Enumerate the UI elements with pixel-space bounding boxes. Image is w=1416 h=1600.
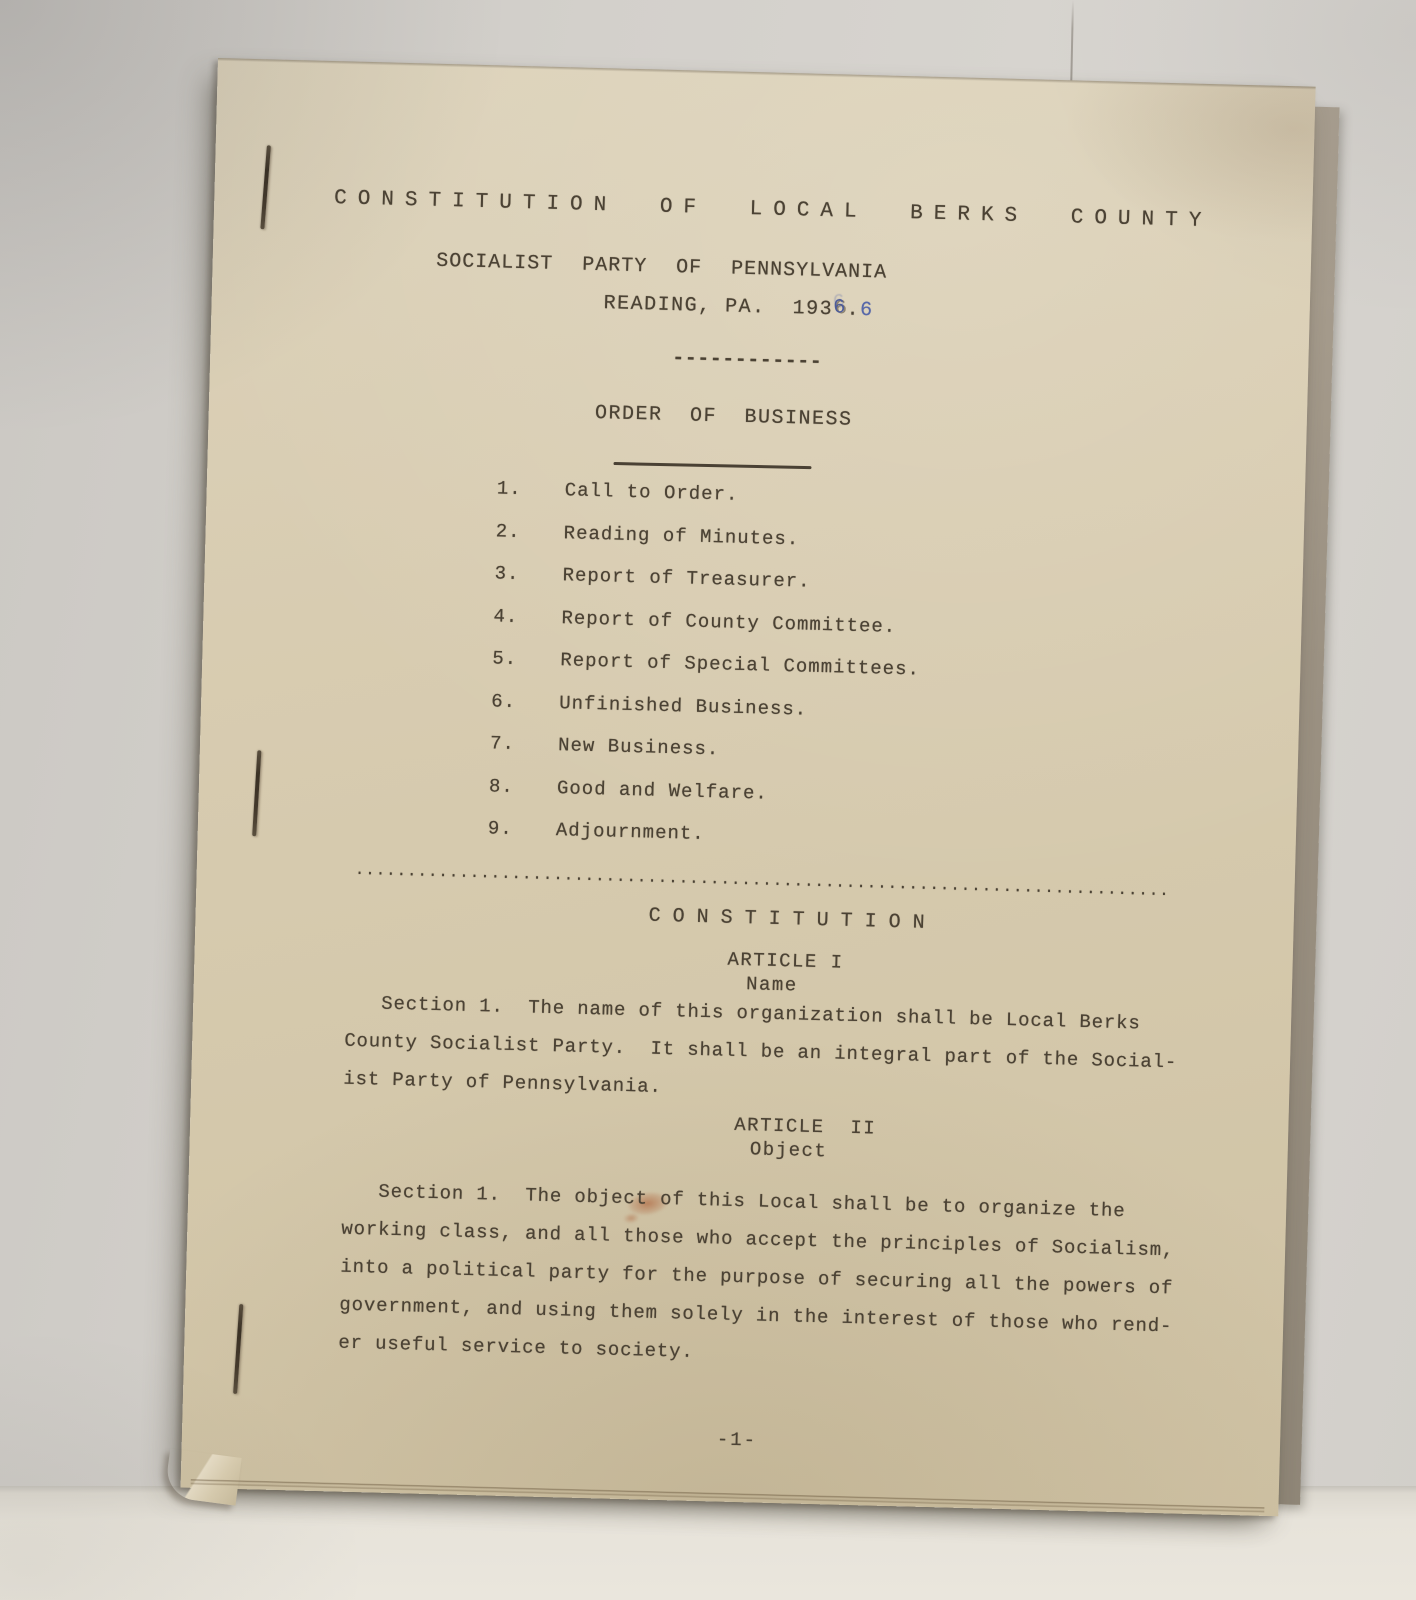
date-typed: READING, PA. 193 [603,292,833,321]
staple-bottom [233,1304,243,1394]
item-number: 8. [489,775,558,799]
document-title-line1: CONSTITUTION OF LOCAL BERKS COUNTY [224,184,1322,236]
heading-underline [613,462,811,469]
article-1-body: Section 1. The name of this organization… [343,984,1179,1120]
dash-divider: ------------ [198,335,1296,387]
item-number: 4. [493,605,562,629]
item-number: 7. [490,732,559,756]
item-number: 6. [491,690,560,714]
item-number: 2. [495,520,564,544]
item-text: New Business. [558,734,720,760]
article-2-body: Section 1. The object of this Local shal… [338,1172,1176,1384]
order-of-business-heading: ORDER OF BUSINESS [175,391,1273,443]
constitution-heading: CONSTITUTION [244,894,1342,946]
item-text: Call to Order. [565,479,739,506]
photo-scene: CONSTITUTION OF LOCAL BERKS COUNTY SOCIA… [0,0,1416,1600]
document-page: CONSTITUTION OF LOCAL BERKS COUNTY SOCIA… [181,58,1316,1516]
item-number: 9. [488,817,557,841]
order-of-business-list: 1.Call to Order. 2.Reading of Minutes. 3… [487,477,925,871]
item-text: Good and Welfare. [557,777,768,805]
date-handwritten-digit: 6 [860,299,874,322]
staple-middle [252,750,261,836]
page-number: -1- [188,1415,1286,1466]
date-overwritten-digit: 6 [832,296,848,320]
item-number: 5. [492,647,561,671]
item-text: Adjournment. [556,819,705,845]
item-number: 1. [497,477,566,501]
item-number: 3. [494,562,563,586]
